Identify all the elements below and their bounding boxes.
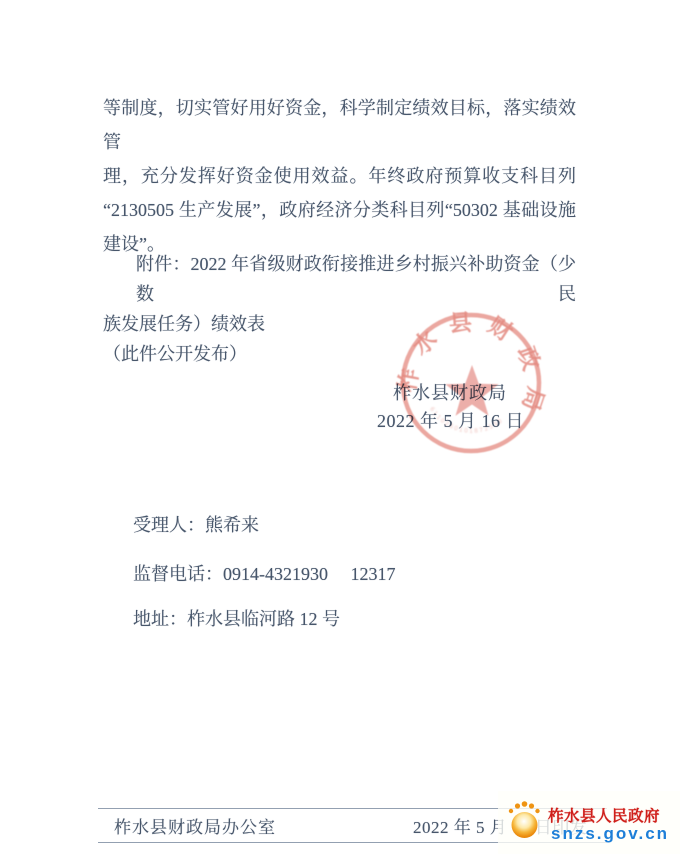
- attachment-note: 附件：2022 年省级财政衔接推进乡村振兴补助资金（少数民 族发展任务）绩效表 …: [103, 249, 576, 369]
- contact-handler-label: 受理人：: [133, 515, 205, 535]
- attachment-line: 附件：2022 年省级财政衔接推进乡村振兴补助资金（少数民: [103, 249, 576, 309]
- contact-phone-value: 0914-4321930 12317: [223, 564, 396, 584]
- logo-toe-dot: [522, 801, 528, 807]
- logo-toe-dot: [509, 809, 513, 813]
- contact-handler: 受理人：熊希来: [133, 511, 259, 537]
- attachment-line: 族发展任务）绩效表: [103, 309, 576, 339]
- contact-address-label: 地址：: [133, 609, 187, 629]
- body-line: 等制度，切实管好用好资金，科学制定绩效目标，落实绩效管: [103, 91, 576, 159]
- signature-date: 2022 年 5 月 16 日: [377, 407, 524, 433]
- watermark-domain: snzs.gov.cn: [551, 824, 669, 844]
- body-line: 理，充分发挥好资金使用效益。年终政府预算收支科目列: [103, 159, 576, 193]
- body-line: “2130505 生产发展”，政府经济分类科目列“50302 基础设施: [103, 193, 576, 227]
- signature-organization: 柞水县财政局: [393, 379, 507, 405]
- government-portal-logo-icon: [504, 798, 544, 842]
- contact-phone: 监督电话：0914-4321930 12317: [133, 560, 396, 586]
- body-paragraph: 等制度，切实管好用好资金，科学制定绩效目标，落实绩效管 理，充分发挥好资金使用效…: [103, 91, 576, 261]
- contact-address: 地址：柞水县临河路 12 号: [133, 605, 340, 631]
- logo-toe-dot: [529, 803, 534, 808]
- contact-handler-value: 熊希来: [205, 515, 259, 535]
- watermark-gov-name: 柞水县人民政府: [548, 804, 660, 826]
- scanned-document-page: 等制度，切实管好用好资金，科学制定绩效目标，落实绩效管 理，充分发挥好资金使用效…: [0, 0, 680, 854]
- contact-phone-label: 监督电话：: [133, 564, 223, 584]
- logo-toe-dot: [515, 803, 520, 808]
- logo-ball: [512, 812, 538, 838]
- footer-office: 柞水县财政局办公室: [114, 813, 276, 838]
- public-release-note: （此件公开发布）: [103, 339, 576, 369]
- contact-address-value: 柞水县临河路 12 号: [187, 609, 340, 629]
- logo-toe-dot: [535, 809, 539, 813]
